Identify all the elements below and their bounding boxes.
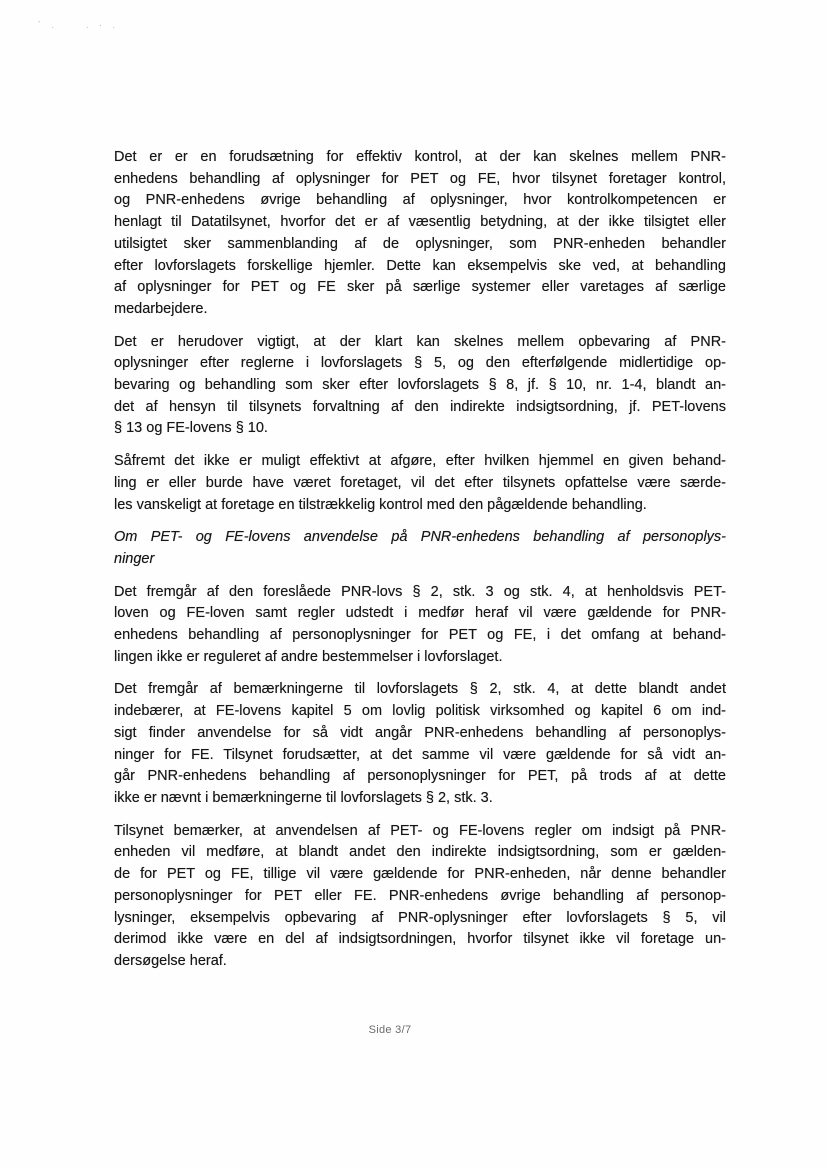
- text-line: enhedens behandling af personoplysninger…: [114, 625, 726, 647]
- paragraph: Det er herudover vigtigt, at der klart k…: [114, 332, 726, 441]
- text-line: ling er eller burde have været foretaget…: [114, 473, 726, 495]
- paragraph: Såfremt det ikke er muligt effektivt at …: [114, 451, 726, 516]
- scan-speck: . · .: [86, 20, 119, 30]
- text-line: Det fremgår af den foreslåede PNR-lovs §…: [114, 582, 726, 604]
- paragraph: Det fremgår af bemærkningerne til lovfor…: [114, 679, 726, 809]
- text-line: Det fremgår af bemærkningerne til lovfor…: [114, 679, 726, 701]
- text-line: loven og FE-loven samt regler udstedt i …: [114, 603, 726, 625]
- section-heading: Om PET- og FE-lovens anvendelse på PNR-e…: [114, 527, 726, 570]
- text-line: Tilsynet bemærker, at anvendelsen af PET…: [114, 821, 726, 843]
- text-line: Det er herudover vigtigt, at der klart k…: [114, 332, 726, 354]
- text-line: medarbejdere.: [114, 299, 726, 321]
- text-line: lingen ikke er reguleret af andre bestem…: [114, 647, 726, 669]
- text-line: indebærer, at FE-lovens kapitel 5 om lov…: [114, 701, 726, 723]
- text-line: Såfremt det ikke er muligt effektivt at …: [114, 451, 726, 473]
- text-line: oplysninger efter reglerne i lovforslage…: [114, 353, 726, 375]
- text-line: de for PET og FE, tillige vil være gælde…: [114, 864, 726, 886]
- text-line: Om PET- og FE-lovens anvendelse på PNR-e…: [114, 527, 726, 549]
- text-line: § 13 og FE-lovens § 10.: [114, 418, 726, 440]
- scan-speck: ´ .: [38, 20, 58, 30]
- text-line: enhedens behandling af oplysninger for P…: [114, 169, 726, 191]
- text-line: og PNR-enhedens øvrige behandling af opl…: [114, 190, 726, 212]
- text-line: ikke er nævnt i bemærkningerne til lovfo…: [114, 788, 726, 810]
- document-body: Det er er en forudsætning for effektiv k…: [114, 147, 726, 984]
- text-line: bevaring og behandling som sker efter lo…: [114, 375, 726, 397]
- text-line: af oplysninger for PET og FE sker på sær…: [114, 277, 726, 299]
- paragraph: Det fremgår af den foreslåede PNR-lovs §…: [114, 582, 726, 669]
- text-line: enheden vil medføre, at blandt andet den…: [114, 842, 726, 864]
- text-line: henlagt til Datatilsynet, hvorfor det er…: [114, 212, 726, 234]
- paragraph: Tilsynet bemærker, at anvendelsen af PET…: [114, 821, 726, 973]
- text-line: personoplysninger for PET eller FE. PNR-…: [114, 886, 726, 908]
- document-page: ´ .. · . Det er er en forudsætning for e…: [0, 0, 828, 1169]
- text-line: sigt finder anvendelse for så vidt angår…: [114, 723, 726, 745]
- text-line: les vanskeligt at foretage en tilstrække…: [114, 495, 726, 517]
- text-line: Det er er en forudsætning for effektiv k…: [114, 147, 726, 169]
- text-line: går PNR-enhedens behandling af personopl…: [114, 766, 726, 788]
- paragraph: Det er er en forudsætning for effektiv k…: [114, 147, 726, 321]
- text-line: derimod ikke være en del af indsigtsordn…: [114, 929, 726, 951]
- text-line: lysninger, eksempelvis opbevaring af PNR…: [114, 908, 726, 930]
- text-line: dersøgelse heraf.: [114, 951, 726, 973]
- text-line: ninger for FE. Tilsynet forudsætter, at …: [114, 745, 726, 767]
- text-line: efter lovforslagets forskellige hjemler.…: [114, 256, 726, 278]
- text-line: utilsigtet sker sammenblanding af de opl…: [114, 234, 726, 256]
- text-line: ninger: [114, 549, 726, 571]
- page-number-footer: Side 3/7: [0, 1024, 780, 1036]
- text-line: det af hensyn til tilsynets forvaltning …: [114, 397, 726, 419]
